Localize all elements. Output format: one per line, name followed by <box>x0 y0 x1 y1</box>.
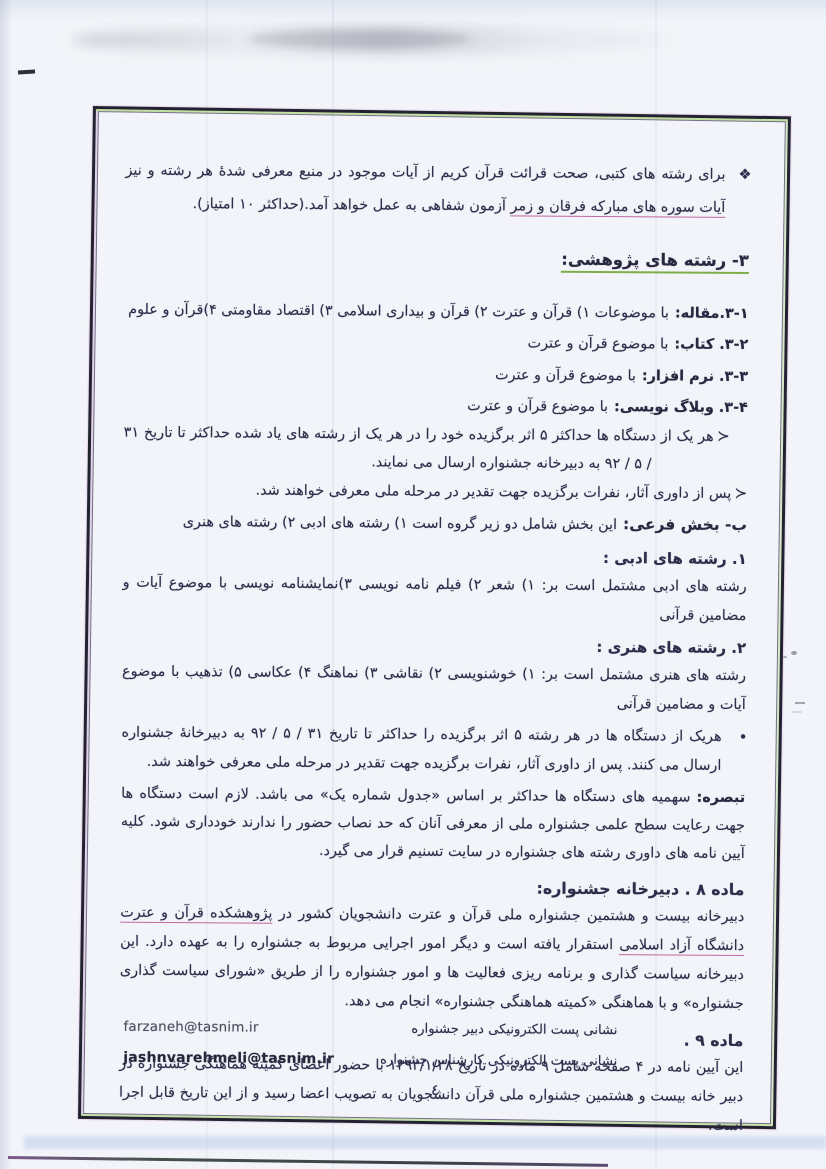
literary-heading: ۱. رشته های ادبی : <box>123 542 747 573</box>
dot-bullet-icon: • <box>739 723 748 752</box>
item-text: با موضوع قرآن و عترت <box>495 367 636 384</box>
remark-label: تبصره: <box>696 790 745 806</box>
article8-paragraph: دبیرخانه بیست و هشتمین جشنواره ملی قرآن … <box>120 899 745 1019</box>
scanned-document-page: { "icons": { "diamond_bullet": "❖", "arr… <box>0 0 826 1169</box>
arrow-note: ≺هر یک از دستگاه ها حداکثر ۵ اثر برگزیده… <box>123 418 747 479</box>
document-frame: ❖برای رشته های کتبی، صحت قرائت قرآن کریم… <box>78 106 791 1129</box>
research-item: ۳-۲. کتاب:با موضوع قرآن و عترت <box>124 327 748 359</box>
item-label: ۳-۳. نرم افزار: <box>642 368 748 385</box>
item-label: ۳-۴. وبلاگ نویسی: <box>614 399 748 416</box>
item-label: ۳-۱.مقاله: <box>675 305 749 322</box>
artistic-heading: ۲. رشته های هنری : <box>122 631 746 662</box>
research-item: ۳-۱.مقاله:با موضوعات ۱) قرآن و عترت ۲) ق… <box>124 295 748 327</box>
arrow-note: ≺پس از داوری آثار، نفرات برگزیده جهت تقد… <box>123 475 747 508</box>
next-page-edge <box>8 1156 608 1166</box>
research-item: ۳-۴. وبلاگ نویسی:با موضوع قرآن و عترت <box>124 390 748 422</box>
intro-note: ❖برای رشته های کتبی، صحت قرائت قرآن کریم… <box>125 155 749 225</box>
ink-bleed-smudge <box>250 30 470 48</box>
item-text: با موضوع قرآن و عترت <box>528 335 669 352</box>
margin-speck <box>791 651 797 655</box>
research-item: ۳-۳. نرم افزار:با موضوع قرآن و عترت <box>124 358 748 390</box>
scan-top-tint <box>0 0 826 20</box>
remark-text: سهمیه های دستگاه ها حداکثر بر اساس «جدول… <box>121 786 745 862</box>
subsection-b-label: ب- بخش فرعی: <box>623 515 747 534</box>
intro-text-end: آزمون شفاهی به عمل خواهد آمد.(حداکثر ۱۰ … <box>192 196 510 214</box>
research-items-list: ۳-۱.مقاله:با موضوعات ۱) قرآن و عترت ۲) ق… <box>124 295 749 422</box>
footer-row: نشانی پست الکترونیکی دبیر جشنواره farzan… <box>123 1012 617 1046</box>
arrow-bullet-icon: ≺ <box>731 479 747 507</box>
footer-label: نشانی پست الکترونیکی دبیر جشنواره <box>411 1014 617 1046</box>
submission-note: •هریک از دستگاه ها در هر رشته ۵ اثر برگز… <box>121 719 745 780</box>
intro-underlined-phrase: آیات سوره های مبارکه فرقان و زمر <box>510 198 725 217</box>
article8-heading: ماده ۸ . دبیرخانه جشنواره: <box>120 872 744 903</box>
item-label: ۳-۲. کتاب: <box>674 337 748 354</box>
footer-label: نشانی پست الکترونیکی کارشناس جشنواره <box>380 1044 617 1077</box>
subsection-b: ب- بخش فرعی:این بخش شامل دو زیر گروه است… <box>123 507 747 541</box>
artistic-text: رشته های هنری مشتمل است بر: ۱) خوشنویسی … <box>122 658 746 719</box>
literary-text: رشته های ادبی مشتمل است بر: ۱) شعر ۲) فی… <box>122 569 746 630</box>
section3-heading: ۳- رشته های پژوهشی: <box>125 243 749 276</box>
footer-email: jashnvarehmeli@tasnim.ir <box>123 1043 334 1075</box>
arrow-bullet-icon: ≺ <box>714 422 730 450</box>
page-number: ٤ <box>89 1073 781 1106</box>
footer-email: farzaneh@tasnim.ir <box>123 1012 258 1044</box>
crop-mark <box>18 70 35 74</box>
item-text: با موضوع قرآن و عترت <box>467 398 608 415</box>
footer: نشانی پست الکترونیکی دبیر جشنواره farzan… <box>123 1012 617 1077</box>
footer-row: نشانی پست الکترونیکی کارشناس جشنواره jas… <box>123 1043 617 1077</box>
arrow-note-text: هر یک از دستگاه ها حداکثر ۵ اثر برگزیده … <box>124 425 714 473</box>
intro-text: برای رشته های کتبی، صحت قرائت قرآن کریم … <box>125 163 725 183</box>
arrow-note-text: پس از داوری آثار، نفرات برگزیده جهت تقدی… <box>256 483 732 502</box>
margin-speck <box>795 702 805 704</box>
subsection-b-text: این بخش شامل دو زیر گروه است ۱) رشته های… <box>183 514 617 533</box>
scan-left-edge-shadow <box>0 0 12 1169</box>
submission-note-text: هریک از دستگاه ها در هر رشته ۵ اثر برگزی… <box>122 725 722 774</box>
item-text: با موضوعات ۱) قرآن و عترت ۲) قرآن و بیدا… <box>128 301 669 321</box>
document-content: ❖برای رشته های کتبی، صحت قرائت قرآن کریم… <box>89 114 788 1126</box>
remark-note: تبصره:سهمیه های دستگاه ها حداکثر بر اساس… <box>121 780 746 868</box>
diamond-bullet-icon: ❖ <box>738 159 751 192</box>
